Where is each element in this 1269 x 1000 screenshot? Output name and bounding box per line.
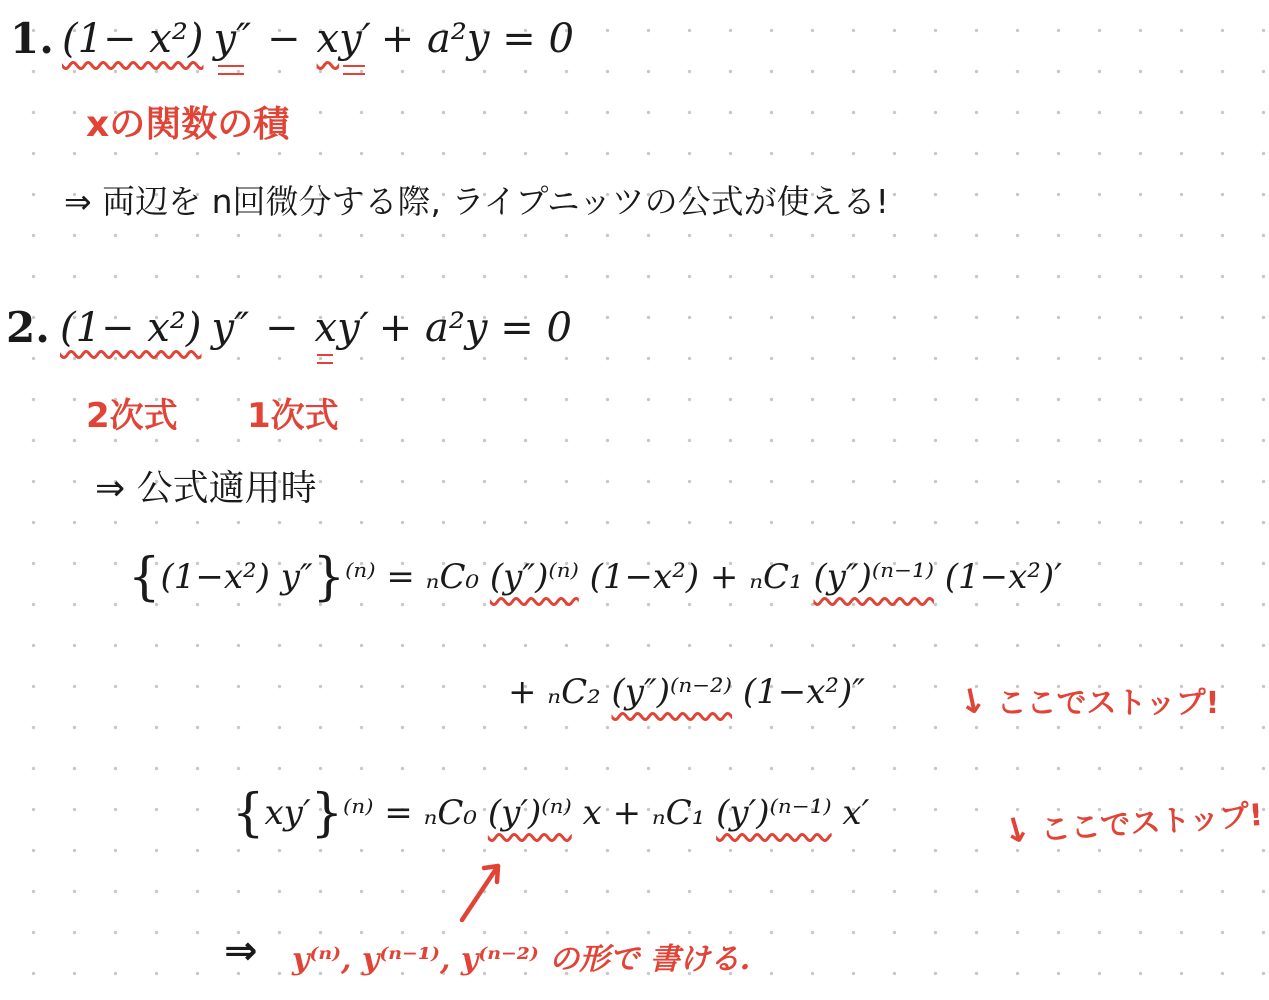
expansion1-line2-plus: + ₙC₂ bbox=[508, 672, 612, 712]
item2-x-double-underlined: x bbox=[315, 305, 338, 351]
stop-note-1: ↓ここでストップ! bbox=[958, 678, 1219, 722]
expansion2-term1-wavy-underlined: (y′)⁽ⁿ⁾ bbox=[488, 793, 572, 833]
item2-number: 2. bbox=[6, 303, 50, 352]
expansion1-term1-wavy-underlined: (y″)⁽ⁿ⁾ bbox=[490, 557, 579, 597]
expansion2-sup: ⁽ⁿ⁾ bbox=[343, 793, 373, 833]
close-brace: } bbox=[311, 784, 343, 843]
expansion1-end2: (1−x²)″ bbox=[732, 672, 865, 712]
item1-minus: − bbox=[267, 16, 301, 62]
item1-implication: ⇒ 両辺を n回微分する際, ライプニッツの公式が使える! bbox=[64, 176, 889, 223]
item1-red-note: xの関数の積 bbox=[86, 96, 289, 147]
down-arrow-icon: ↓ bbox=[997, 808, 1035, 854]
expansion2-eq-start: = ₙC₀ bbox=[374, 793, 488, 833]
expansion1-lhs: (1−x²) y″ bbox=[160, 557, 312, 597]
item2-label-quadratic: 2次式 bbox=[86, 388, 178, 437]
expansion1-end1: (1−x²)′ bbox=[934, 557, 1062, 597]
close-brace: } bbox=[313, 548, 345, 607]
implies-icon: ⇒ bbox=[224, 928, 258, 974]
item2-label-linear: 1次式 bbox=[247, 388, 339, 437]
handwritten-note-page: { "colors": {"ink": "#1a1a1a", "red": "#… bbox=[0, 0, 1269, 1000]
conclusion-text: y⁽ⁿ⁾, y⁽ⁿ⁻¹⁾, y⁽ⁿ⁻²⁾ の形で 書ける. bbox=[292, 934, 750, 978]
expansion1-sup: ⁽ⁿ⁾ bbox=[345, 557, 375, 597]
expansion1-mid1: (1−x²) + ₙC₁ bbox=[579, 557, 814, 597]
expansion1-eq-start: = ₙC₀ bbox=[376, 557, 490, 597]
up-right-arrow-icon bbox=[450, 856, 514, 926]
expansion1-line1: {(1−x²) y″}⁽ⁿ⁾ = ₙC₀ (y″)⁽ⁿ⁾ (1−x²) + ₙC… bbox=[128, 548, 1062, 607]
expansion2-line: {xy′}⁽ⁿ⁾ = ₙC₀ (y′)⁽ⁿ⁾ x + ₙC₁ (y′)⁽ⁿ⁻¹⁾… bbox=[232, 784, 869, 843]
open-brace: { bbox=[232, 784, 264, 843]
expansion2-lhs: xy′ bbox=[264, 793, 310, 833]
item1-x-wavy-underlined: x bbox=[317, 16, 340, 62]
expansion2-end1: x′ bbox=[832, 793, 870, 833]
item1-factor-wavy-underlined: (1− x²) bbox=[62, 16, 203, 62]
item2-ypp: y″ bbox=[211, 305, 249, 351]
expansion1-term3-wavy-underlined: (y″)⁽ⁿ⁻²⁾ bbox=[612, 672, 733, 712]
item1-equation: (1− x²)y″−xy′+ a²y = 0 bbox=[62, 16, 574, 62]
expansion2-mid1: x + ₙC₁ bbox=[572, 793, 716, 833]
expansion1-term2-wavy-underlined: (y″)⁽ⁿ⁻¹⁾ bbox=[813, 557, 934, 597]
item2-factor-wavy-underlined: (1− x²) bbox=[60, 305, 201, 351]
expansion1-line2: + ₙC₂ (y″)⁽ⁿ⁻²⁾ (1−x²)″ bbox=[508, 672, 865, 712]
item2-equation: (1− x²)y″−xy′+ a²y = 0 bbox=[60, 305, 572, 351]
item1-ypp-double-underlined: y″ bbox=[213, 16, 251, 62]
item2-implication: ⇒ 公式適用時 bbox=[95, 460, 317, 511]
stop-note-1-label: ここでストップ! bbox=[997, 686, 1220, 721]
item2-minus: − bbox=[265, 305, 299, 351]
item1-yp-double-underlined: y′ bbox=[339, 16, 371, 62]
down-arrow-icon: ↓ bbox=[954, 679, 990, 724]
open-brace: { bbox=[128, 548, 160, 607]
stop-note-2: ↓ここでストップ! bbox=[1000, 790, 1264, 852]
item2-yp: y′ bbox=[337, 305, 369, 351]
item1-number: 1. bbox=[10, 14, 54, 63]
item2-eq-rest: + a²y = 0 bbox=[379, 305, 572, 351]
expansion2-term2-wavy-underlined: (y′)⁽ⁿ⁻¹⁾ bbox=[716, 793, 832, 833]
item1-eq-rest: + a²y = 0 bbox=[381, 16, 574, 62]
stop-note-2-label: ここでストップ! bbox=[1039, 798, 1264, 848]
